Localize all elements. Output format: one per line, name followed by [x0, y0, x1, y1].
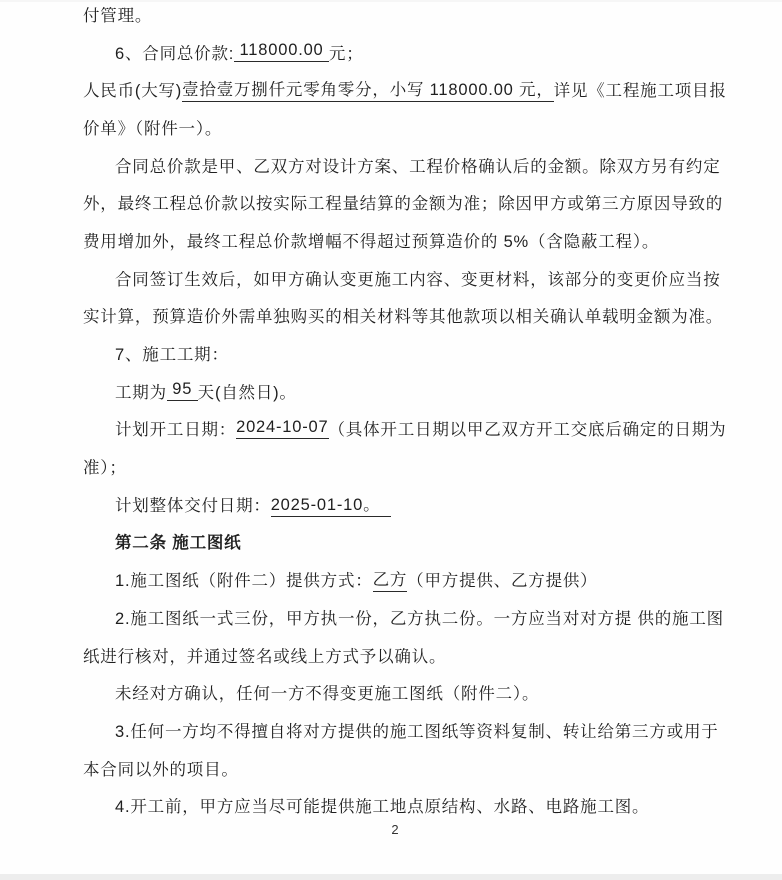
filled-in-value: 2024-10-07 — [236, 418, 328, 439]
line-text: 第二条 施工图纸 — [115, 529, 241, 553]
line-text: 工期为 — [115, 379, 167, 403]
line-text: 未经对方确认，任何一方不得变更施工图纸（附件二）。 — [115, 680, 539, 704]
document-line: 3.任何一方均不得擅自将对方提供的施工图纸等资料复制、转让给第三方或用于 — [83, 711, 707, 749]
filled-in-value: 95 — [167, 380, 198, 401]
document-line: 合同总价款是甲、乙双方对设计方案、工程价格确认后的金额。除双方另有约定 — [83, 146, 707, 184]
document-line: 合同签订生效后，如甲方确认变更施工内容、变更材料，该部分的变更价应当按 — [83, 259, 707, 297]
line-text: 合同签订生效后，如甲方确认变更施工内容、变更材料，该部分的变更价应当按 — [115, 266, 721, 290]
filled-in-value: 2025-01-10。 — [271, 491, 391, 517]
line-text: 7、施工工期： — [115, 341, 229, 365]
document-lines: 付管理。6、合同总价款: 118000.00 元；人民币(大写)壹拾壹万捌仟元零… — [83, 0, 707, 824]
line-text: 付管理。 — [83, 2, 152, 26]
document-line: 第二条 施工图纸 — [83, 523, 707, 561]
line-text: 计划整体交付日期： — [115, 492, 271, 516]
document-line: 未经对方确认，任何一方不得变更施工图纸（附件二）。 — [83, 673, 707, 711]
line-text: （具体开工日期以甲乙双方开工交底后确定的日期为 — [329, 416, 727, 440]
line-text: 外，最终工程总价款以按实际工程量结算的金额为准；除因甲方或第三方原因导致的 — [83, 190, 723, 214]
document-line: 人民币(大写)壹拾壹万捌仟元零角零分，小写 118000.00 元，详见《工程施… — [83, 70, 707, 108]
scan-edge-bottom — [0, 874, 782, 880]
line-text: 详见《工程施工项目报 — [554, 77, 727, 101]
document-line: 外，最终工程总价款以按实际工程量结算的金额为准；除因甲方或第三方原因导致的 — [83, 183, 707, 221]
page-number: 2 — [83, 822, 707, 837]
contract-body: 付管理。6、合同总价款: 118000.00 元；人民币(大写)壹拾壹万捌仟元零… — [83, 0, 707, 824]
document-line: 2.施工图纸一式三份，甲方执一份，乙方执二份。一方应当对对方提 供的施工图 — [83, 598, 707, 636]
line-text: （甲方提供、乙方提供） — [407, 567, 597, 591]
line-text: 计划开工日期： — [115, 416, 236, 440]
line-text: 纸进行核对，并通过签名或线上方式予以确认。 — [83, 643, 446, 667]
line-text: 3.任何一方均不得擅自将对方提供的施工图纸等资料复制、转让给第三方或用于 — [115, 718, 719, 742]
filled-in-value: 118000.00 — [234, 41, 329, 62]
document-line: 计划开工日期：2024-10-07（具体开工日期以甲乙双方开工交底后确定的日期为 — [83, 410, 707, 448]
document-line: 4.开工前，甲方应当尽可能提供施工地点原结构、水路、电路施工图。 — [83, 786, 707, 824]
document-line: 1.施工图纸（附件二）提供方式：乙方（甲方提供、乙方提供） — [83, 560, 707, 598]
document-line: 6、合同总价款: 118000.00 元； — [83, 33, 707, 71]
document-line: 本合同以外的项目。 — [83, 749, 707, 787]
line-text: 实计算，预算造价外需单独购买的相关材料等其他款项以相关确认单载明金额为准。 — [83, 303, 723, 327]
document-line: 实计算，预算造价外需单独购买的相关材料等其他款项以相关确认单载明金额为准。 — [83, 297, 707, 335]
filled-in-value: 壹拾壹万捌仟元零角零分，小写 118000.00 元， — [182, 76, 554, 102]
document-line: 准）； — [83, 447, 707, 485]
line-text: 6、合同总价款: — [115, 40, 234, 64]
line-text: 元； — [329, 40, 364, 64]
document-line: 付管理。 — [83, 0, 707, 33]
line-text: 1.施工图纸（附件二）提供方式： — [115, 567, 373, 591]
line-text: 费用增加外，最终工程总价款增幅不得超过预算造价的 5%（含隐蔽工程）。 — [83, 228, 659, 252]
line-text: 4.开工前，甲方应当尽可能提供施工地点原结构、水路、电路施工图。 — [115, 793, 649, 817]
line-text: 人民币(大写) — [83, 77, 182, 101]
line-text: 准）； — [83, 454, 127, 478]
document-line: 纸进行核对，并通过签名或线上方式予以确认。 — [83, 636, 707, 674]
line-text: 价单》（附件一）。 — [83, 115, 222, 139]
document-line: 计划整体交付日期：2025-01-10。 — [83, 485, 707, 523]
contract-page: 付管理。6、合同总价款: 118000.00 元；人民币(大写)壹拾壹万捌仟元零… — [0, 0, 782, 880]
line-text: 天(自然日)。 — [198, 379, 297, 403]
document-line: 7、施工工期： — [83, 334, 707, 372]
document-line: 工期为 95 天(自然日)。 — [83, 372, 707, 410]
document-line: 费用增加外，最终工程总价款增幅不得超过预算造价的 5%（含隐蔽工程）。 — [83, 221, 707, 259]
line-text: 2.施工图纸一式三份，甲方执一份，乙方执二份。一方应当对对方提 供的施工图 — [115, 605, 724, 629]
document-line: 价单》（附件一）。 — [83, 108, 707, 146]
line-text: 合同总价款是甲、乙双方对设计方案、工程价格确认后的金额。除双方另有约定 — [115, 153, 721, 177]
filled-in-value: 乙方 — [373, 566, 408, 592]
line-text: 本合同以外的项目。 — [83, 756, 239, 780]
